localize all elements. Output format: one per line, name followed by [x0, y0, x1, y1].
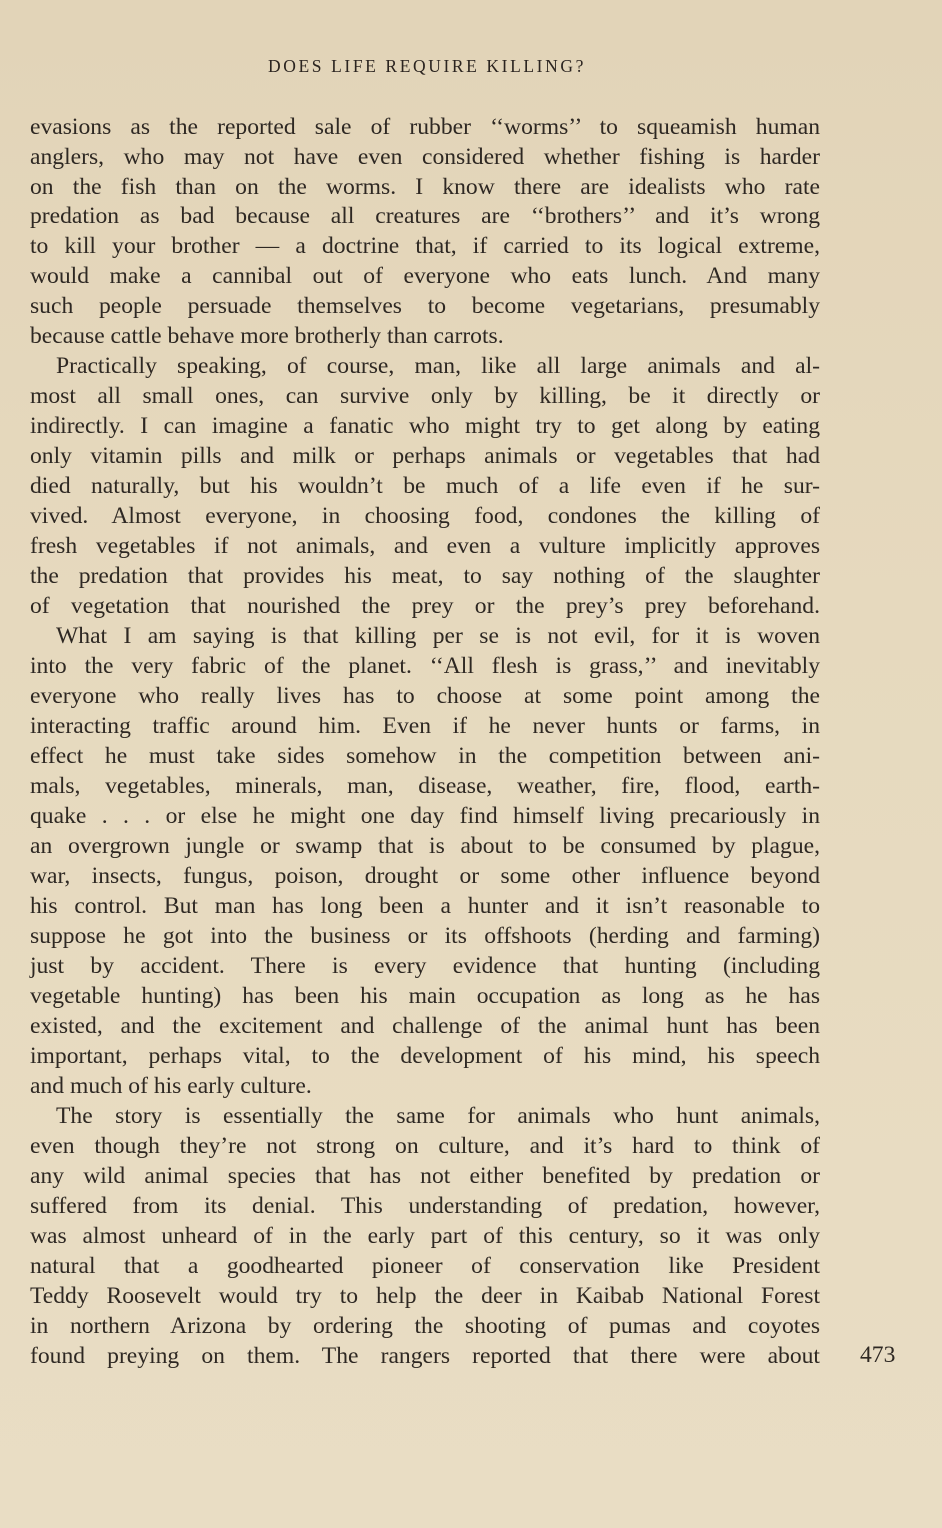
text-line: natural that a goodhearted pioneer of co… [30, 1251, 820, 1281]
text-line: an overgrown jungle or swamp that is abo… [30, 831, 820, 861]
text-line: vived. Almost everyone, in choosing food… [30, 501, 820, 531]
running-head: DOES LIFE REQUIRE KILLING? [0, 56, 854, 77]
text-line: existed, and the excitement and challeng… [30, 1011, 820, 1041]
text-line: anglers, who may not have even considere… [30, 142, 820, 172]
text-line: effect he must take sides somehow in the… [30, 741, 820, 771]
text-line: any wild animal species that has not eit… [30, 1161, 820, 1191]
text-line: interacting traffic around him. Even if … [30, 711, 820, 741]
text-line: just by accident. There is every evidenc… [30, 951, 820, 981]
text-line: Practically speaking, of course, man, li… [30, 351, 820, 381]
text-line: his control. But man has long been a hun… [30, 891, 820, 921]
text-line: most all small ones, can survive only by… [30, 381, 820, 411]
text-line: of vegetation that nourished the prey or… [30, 591, 820, 621]
text-line: in northern Arizona by ordering the shoo… [30, 1311, 820, 1341]
text-line: indirectly. I can imagine a fanatic who … [30, 411, 820, 441]
text-line: suppose he got into the business or its … [30, 921, 820, 951]
text-line: What I am saying is that killing per se … [30, 621, 820, 651]
text-line: only vitamin pills and milk or perhaps a… [30, 441, 820, 471]
text-line: quake . . . or else he might one day fin… [30, 801, 820, 831]
text-line: such people persuade themselves to becom… [30, 291, 820, 321]
text-line: important, perhaps vital, to the develop… [30, 1041, 820, 1071]
text-line: Teddy Roosevelt would try to help the de… [30, 1281, 820, 1311]
page-number: 473 [860, 1342, 895, 1369]
text-line: died naturally, but his wouldn’t be much… [30, 471, 820, 501]
text-line: everyone who really lives has to choose … [30, 681, 820, 711]
text-line: the predation that provides his meat, to… [30, 561, 820, 591]
text-line: and much of his early culture. [30, 1071, 820, 1101]
book-page: DOES LIFE REQUIRE KILLING? evasions as t… [0, 0, 942, 1528]
text-line: evasions as the reported sale of rubber … [30, 112, 820, 142]
text-line: suffered from its denial. This understan… [30, 1191, 820, 1221]
text-line: even though they’re not strong on cultur… [30, 1131, 820, 1161]
text-line: The story is essentially the same for an… [30, 1101, 820, 1131]
text-line: would make a cannibal out of everyone wh… [30, 261, 820, 291]
text-line: war, insects, fungus, poison, drought or… [30, 861, 820, 891]
text-line: to kill your brother — a doctrine that, … [30, 231, 820, 261]
text-line: mals, vegetables, minerals, man, disease… [30, 771, 820, 801]
text-line: because cattle behave more brotherly tha… [30, 321, 820, 351]
text-line: fresh vegetables if not animals, and eve… [30, 531, 820, 561]
text-line: was almost unheard of in the early part … [30, 1221, 820, 1251]
text-line: predation as bad because all creatures a… [30, 201, 820, 231]
text-line: on the fish than on the worms. I know th… [30, 172, 820, 202]
text-line: found preying on them. The rangers repor… [30, 1341, 820, 1371]
text-line: vegetable hunting) has been his main occ… [30, 981, 820, 1011]
text-line: into the very fabric of the planet. ‘‘Al… [30, 651, 820, 681]
